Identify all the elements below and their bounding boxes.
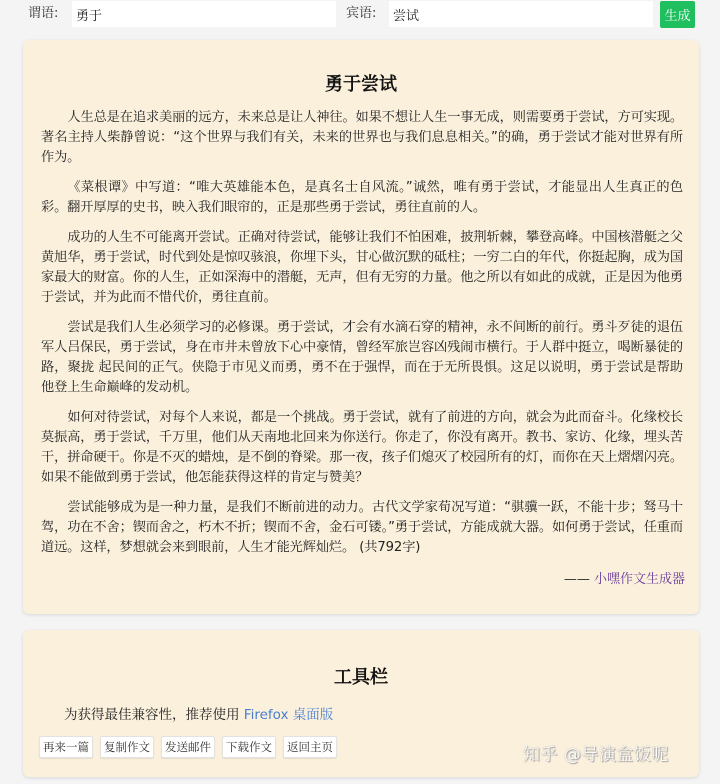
firefox-link[interactable]: Firefox 桌面版: [244, 707, 333, 723]
essay-signature: —— 小嘿作文生成器: [564, 568, 685, 587]
essay-paragraph: 人生总是在追求美丽的远方，未来总是让人神往。如果不想让人生一事无成，则需要勇于尝…: [41, 108, 683, 168]
send-email-button[interactable]: 发送邮件: [161, 736, 215, 758]
object-label: 宾语:: [346, 0, 376, 28]
toolbar-title: 工具栏: [23, 663, 699, 689]
essay-paragraph: 成功的人生不可能离开尝试。正确对待尝试，能够让我们不怕困难，披荆斩棘，攀登高峰。…: [41, 228, 683, 308]
watermark: 知乎 @导演盒饭呢: [523, 740, 669, 765]
signature-dash: ——: [564, 572, 594, 587]
essay-paragraph: 如何对待尝试，对每个人来说，都是一个挑战。勇于尝试，就有了前进的方向，就会为此而…: [41, 408, 683, 488]
object-input[interactable]: [389, 1, 653, 27]
compatibility-note-text: 为获得最佳兼容性，推荐使用: [64, 707, 244, 723]
download-essay-button[interactable]: 下载作文: [222, 736, 276, 758]
generator-link[interactable]: 小嘿作文生成器: [594, 572, 685, 587]
another-essay-button[interactable]: 再来一篇: [39, 736, 93, 758]
essay-paragraph: 《菜根谭》中写道：“唯大英雄能本色，是真名士自风流。”诚然，唯有勇于尝试，才能显…: [41, 178, 683, 218]
essay-paragraph: 尝试是我们人生必须学习的必修课。勇于尝试，才会有水滴石穿的精神，永不间断的前行。…: [41, 318, 683, 398]
copy-essay-button[interactable]: 复制作文: [100, 736, 154, 758]
generator-form: 谓语: 宾语: 生成: [0, 0, 720, 28]
essay-title: 勇于尝试: [23, 70, 699, 96]
predicate-input[interactable]: [72, 1, 336, 27]
back-home-button[interactable]: 返回主页: [283, 736, 337, 758]
predicate-label: 谓语:: [28, 0, 58, 28]
essay-body: 人生总是在追求美丽的远方，未来总是让人神往。如果不想让人生一事无成，则需要勇于尝…: [41, 108, 683, 568]
generate-button[interactable]: 生成: [660, 1, 695, 28]
essay-card: 勇于尝试 人生总是在追求美丽的远方，未来总是让人神往。如果不想让人生一事无成，则…: [23, 40, 699, 614]
compatibility-note: 为获得最佳兼容性，推荐使用 Firefox 桌面版: [64, 703, 333, 723]
essay-paragraph: 尝试能够成为是一种力量，是我们不断前进的动力。古代文学家荀况写道：“骐骥一跃，不…: [41, 498, 683, 558]
toolbar-buttons: 再来一篇 复制作文 发送邮件 下载作文 返回主页: [39, 736, 337, 758]
